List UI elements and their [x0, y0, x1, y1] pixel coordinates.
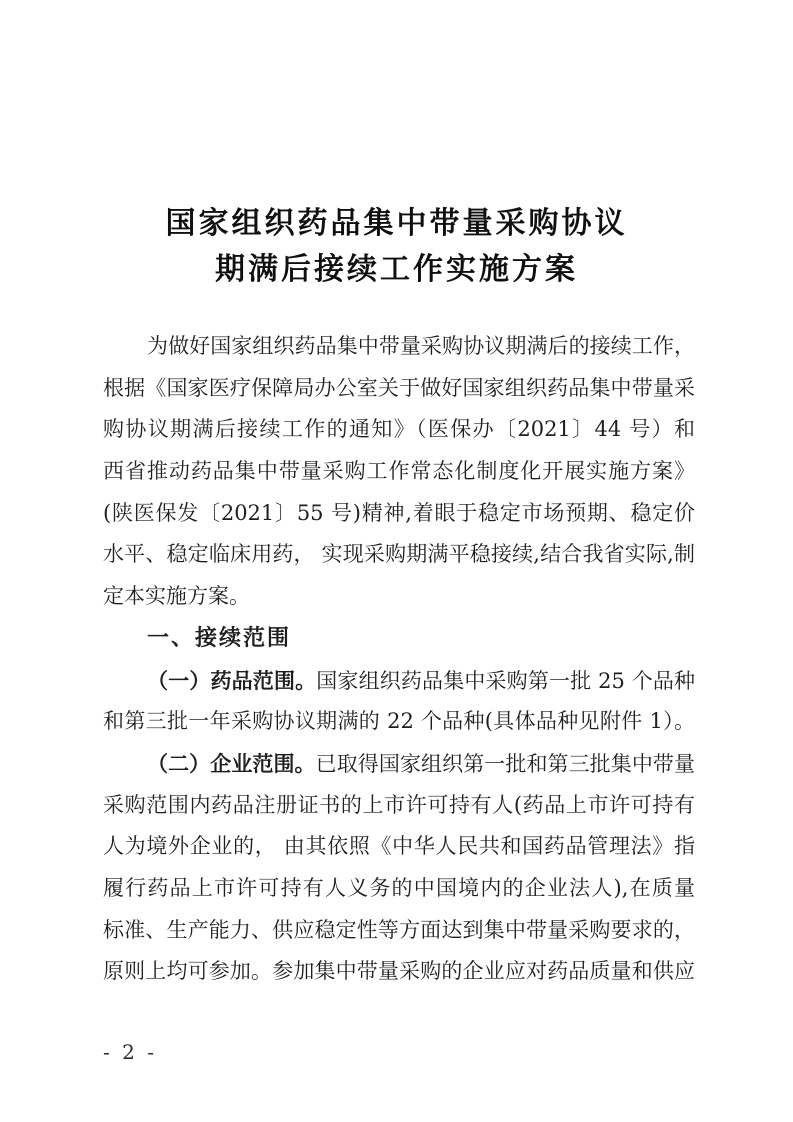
document-title: 国家组织药品集中带量采购协议 期满后接续工作实施方案: [0, 201, 793, 293]
paragraph-line: 根据《国家医疗保障局办公室关于做好国家组织药品集中带量采: [103, 368, 695, 410]
document-title-line1: 国家组织药品集中带量采购协议: [0, 201, 793, 247]
paragraph-line: 水平、稳定临床用药， 实现采购期满平稳接续,结合我省实际,制: [103, 534, 695, 576]
paragraph-line: （二）企业范围。已取得国家组织第一批和第三批集中带量: [103, 743, 695, 785]
paragraph-line: 定本实施方案。: [103, 576, 695, 618]
paragraph-line: 人为境外企业的， 由其依照《中华人民共和国药品管理法》指定: [103, 826, 695, 868]
subsection-label: （二）企业范围。: [147, 751, 316, 776]
paragraph-text: 国家组织药品集中采购第一批 25 个品种: [316, 669, 695, 693]
paragraph-line: (陕医保发〔2021〕55 号)精神,着眼于稳定市场预期、稳定价格: [103, 493, 695, 535]
document-page: 国家组织药品集中带量采购协议 期满后接续工作实施方案 为做好国家组织药品集中带量…: [0, 0, 793, 1122]
document-title-line2: 期满后接续工作实施方案: [0, 247, 793, 293]
paragraph-line: 西省推动药品集中带量采购工作常态化制度化开展实施方案》: [103, 451, 695, 493]
paragraph-line: 履行药品上市许可持有人义务的中国境内的企业法人),在质量: [103, 868, 695, 910]
document-body: 为做好国家组织药品集中带量采购协议期满后的接续工作， 根据《国家医疗保障局办公室…: [103, 326, 695, 993]
subsection-label: （一）药品范围。: [147, 668, 316, 693]
paragraph-text: 已取得国家组织第一批和第三批集中带量: [316, 752, 695, 776]
section-heading: 一、接续范围: [103, 618, 695, 660]
paragraph-line: 为做好国家组织药品集中带量采购协议期满后的接续工作，: [103, 326, 695, 368]
paragraph-line: 和第三批一年采购协议期满的 22 个品种(具体品种见附件 1）。: [103, 701, 695, 743]
paragraph-line: 标准、生产能力、供应稳定性等方面达到集中带量采购要求的，: [103, 910, 695, 952]
paragraph-line: 原则上均可参加。参加集中带量采购的企业应对药品质量和供应: [103, 951, 695, 993]
paragraph-line: （一）药品范围。国家组织药品集中采购第一批 25 个品种: [103, 660, 695, 702]
page-number: - 2 -: [103, 1040, 157, 1064]
paragraph-line: 采购范围内药品注册证书的上市许可持有人(药品上市许可持有: [103, 785, 695, 827]
paragraph-line: 购协议期满后接续工作的通知》（医保办〔2021〕44 号）和《陕: [103, 409, 695, 451]
